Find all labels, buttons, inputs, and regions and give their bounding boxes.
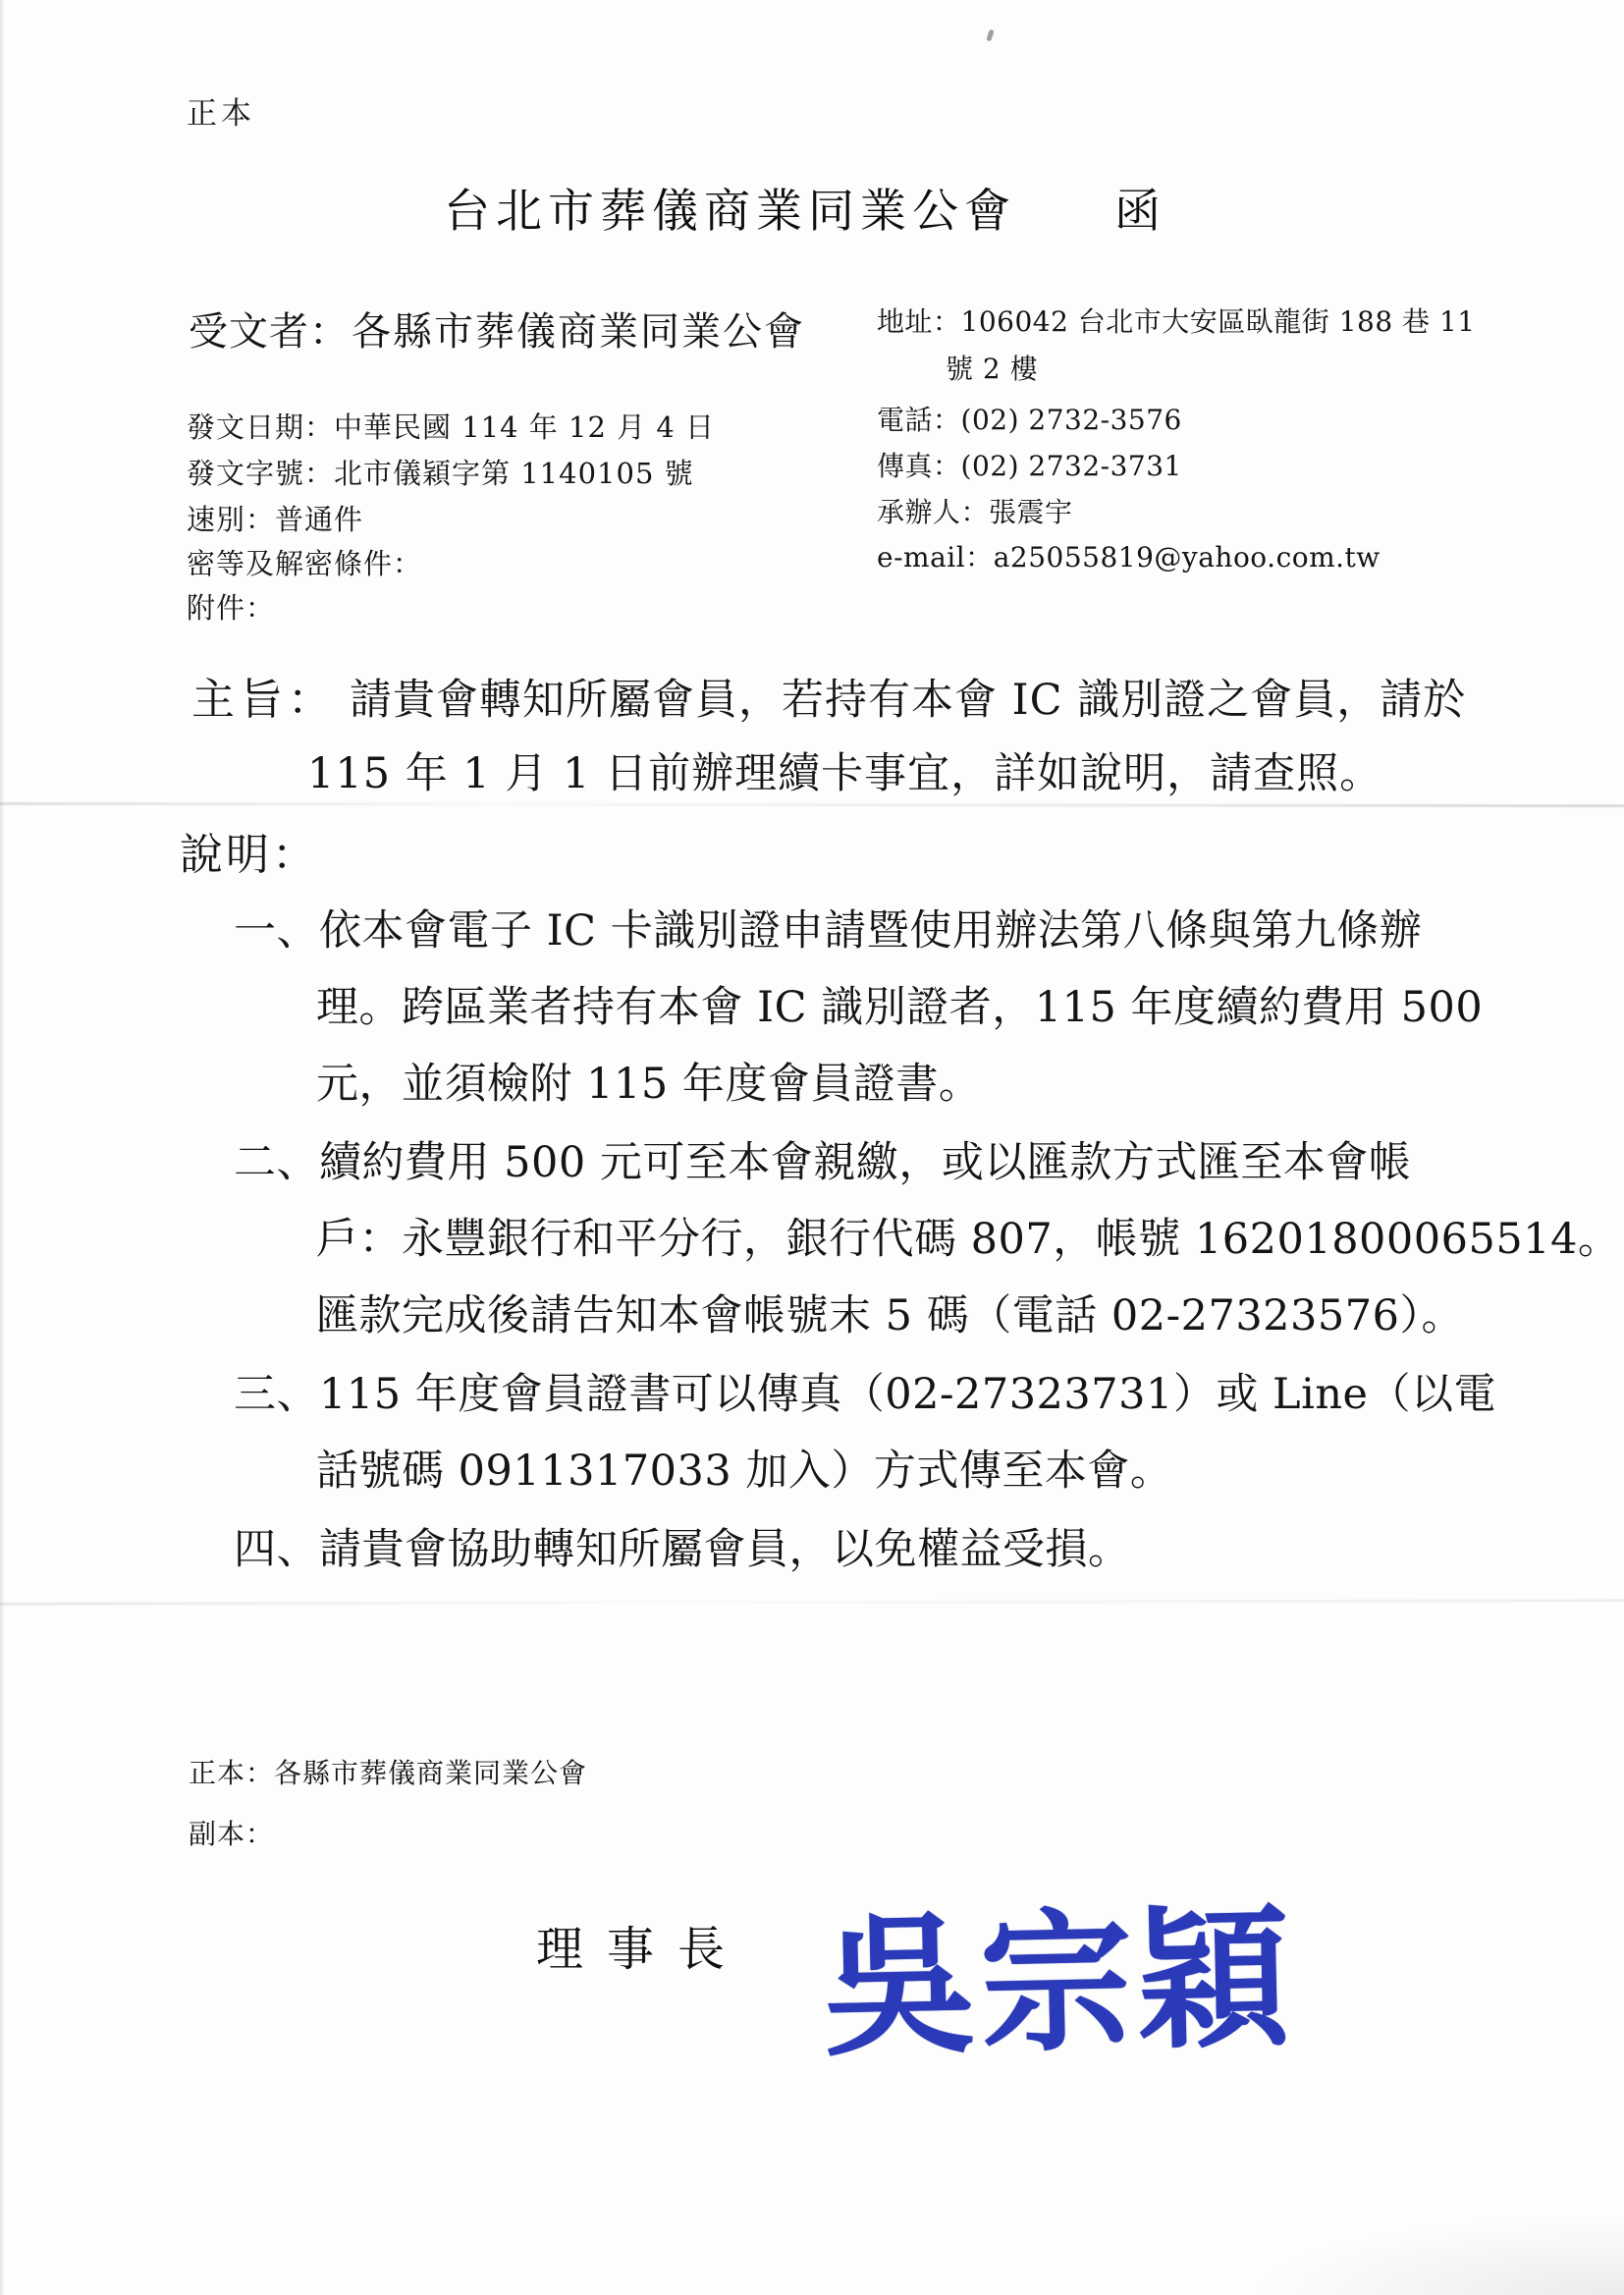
explanation-item-1-line-3: 元，並須檢附 115 年度會員證書。	[316, 1051, 981, 1111]
explanation-item-1-line-2: 理。跨區業者持有本會 IC 識別證者，115 年度續約費用 500	[316, 974, 1483, 1034]
explanation-item-2-line-1: 二、續約費用 500 元可至本會親繳，或以匯款方式匯至本會帳	[234, 1129, 1411, 1189]
scan-corner-noise	[1251, 2216, 1624, 2295]
item-3-text: 115 年度會員證書可以傳真（02-27323731）或 Line（以電	[319, 1370, 1496, 1419]
address-line1: 106042 台北市大安區臥龍街 188 巷 11	[961, 305, 1476, 338]
item-3-number: 三、	[234, 1370, 319, 1419]
paper-fold-crease-bottom	[0, 1599, 1624, 1605]
issuing-org-title: 台北市葬儀商業同業公會	[444, 185, 1016, 239]
speed-label: 速別：	[187, 503, 275, 536]
item-1-number: 一、	[234, 906, 319, 956]
document-title-row: 台北市葬儀商業同業公會函	[444, 175, 1161, 241]
fax-value: (02) 2732-3731	[961, 450, 1182, 482]
address-label: 地址：	[877, 305, 961, 338]
issue-date-value: 中華民國 114 年 12 月 4 日	[334, 410, 715, 444]
distribution-original-value: 各縣市葬儀商業同業公會	[274, 1757, 587, 1789]
scan-edge-shadow	[0, 0, 5, 2295]
explanation-item-1-line-1: 一、依本會電子 IC 卡識別證申請暨使用辦法第八條與第九條辦	[234, 898, 1422, 957]
sender-address-row: 地址：106042 台北市大安區臥龍街 188 巷 11	[877, 301, 1476, 340]
sender-address-line2: 號 2 樓	[946, 348, 1038, 387]
doc-number-label: 發文字號：	[187, 457, 334, 490]
recipient-value: 各縣市葬儀商業同業公會	[352, 309, 805, 355]
explanation-item-2-line-2: 戶：永豐銀行和平分行，銀行代碼 807，帳號 16201800065514。	[316, 1206, 1620, 1266]
doc-number-row: 發文字號：北市儀穎字第 1140105 號	[187, 452, 694, 492]
email-label: e-mail：	[877, 541, 994, 574]
email-row: e-mail：a25055819@yahoo.com.tw	[877, 536, 1380, 575]
scan-speck	[406, 334, 410, 338]
explanation-label: 說明：	[180, 819, 318, 882]
attachment-row: 附件：	[187, 586, 275, 627]
explanation-item-3-line-1: 三、115 年度會員證書可以傳真（02-27323731）或 Line（以電	[234, 1361, 1496, 1421]
subject-text-line1: 請貴會轉知所屬會員，若持有本會 IC 識別證之會員，請於	[350, 676, 1466, 725]
subject-label: 主旨：	[191, 675, 336, 725]
subject-line1: 主旨：請貴會轉知所屬會員，若持有本會 IC 識別證之會員，請於	[191, 664, 1466, 727]
fax-label: 傳真：	[877, 450, 961, 482]
sender-fax-row: 傳真：(02) 2732-3731	[877, 445, 1182, 484]
explanation-item-2-line-3: 匯款完成後請告知本會帳號末 5 碼（電話 02-27323576）。	[316, 1283, 1464, 1342]
scan-speck	[986, 29, 994, 42]
issue-date-row: 發文日期：中華民國 114 年 12 月 4 日	[187, 406, 715, 446]
contact-label: 承辦人：	[877, 496, 989, 528]
contact-person-row: 承辦人：張震宇	[877, 491, 1073, 530]
distribution-copy-row: 副本：	[189, 1813, 274, 1852]
phone-label: 電話：	[877, 404, 961, 436]
speed-row: 速別：普通件	[187, 498, 363, 538]
scanned-letter-page: 正本 台北市葬儀商業同業公會函 受文者：各縣市葬儀商業同業公會 發文日期：中華民…	[0, 0, 1624, 2295]
subject-text-line2: 115 年 1 月 1 日前辦理續卡事宜，詳如說明，請查照。	[307, 740, 1382, 800]
distribution-original-row: 正本：各縣市葬儀商業同業公會	[189, 1752, 587, 1791]
contact-value: 張震宇	[989, 496, 1073, 528]
copy-marker: 正本	[187, 88, 255, 133]
sender-phone-row: 電話：(02) 2732-3576	[877, 399, 1182, 438]
item-4-number: 四、	[234, 1525, 319, 1574]
recipient-row: 受文者：各縣市葬儀商業同業公會	[189, 301, 805, 356]
item-2-text: 續約費用 500 元可至本會親繳，或以匯款方式匯至本會帳	[319, 1138, 1411, 1187]
document-type: 函	[1114, 185, 1161, 239]
doc-number-value: 北市儀穎字第 1140105 號	[334, 457, 694, 490]
item-1-text: 依本會電子 IC 卡識別證申請暨使用辦法第八條與第九條辦	[319, 906, 1422, 956]
speed-value: 普通件	[275, 503, 363, 536]
item-4-text: 請貴會協助轉知所屬會員，以免權益受損。	[319, 1525, 1131, 1574]
distribution-copy-label: 副本：	[189, 1818, 274, 1850]
recipient-label: 受文者：	[189, 309, 350, 355]
issue-date-label: 發文日期：	[187, 410, 334, 444]
president-title: 理事長	[536, 1911, 748, 1979]
attachment-label: 附件：	[187, 591, 275, 625]
security-row: 密等及解密條件：	[187, 542, 422, 582]
distribution-original-label: 正本：	[189, 1757, 274, 1789]
security-label: 密等及解密條件：	[187, 547, 422, 580]
explanation-item-3-line-2: 話號碼 0911317033 加入）方式傳至本會。	[316, 1438, 1172, 1498]
email-value: a25055819@yahoo.com.tw	[994, 541, 1380, 574]
paper-fold-crease-top	[0, 802, 1624, 807]
phone-value: (02) 2732-3576	[961, 404, 1182, 436]
explanation-item-4-line-1: 四、請貴會協助轉知所屬會員，以免權益受損。	[234, 1516, 1131, 1576]
item-2-number: 二、	[234, 1138, 319, 1187]
president-stamp: 吳宗穎	[821, 1857, 1297, 2085]
